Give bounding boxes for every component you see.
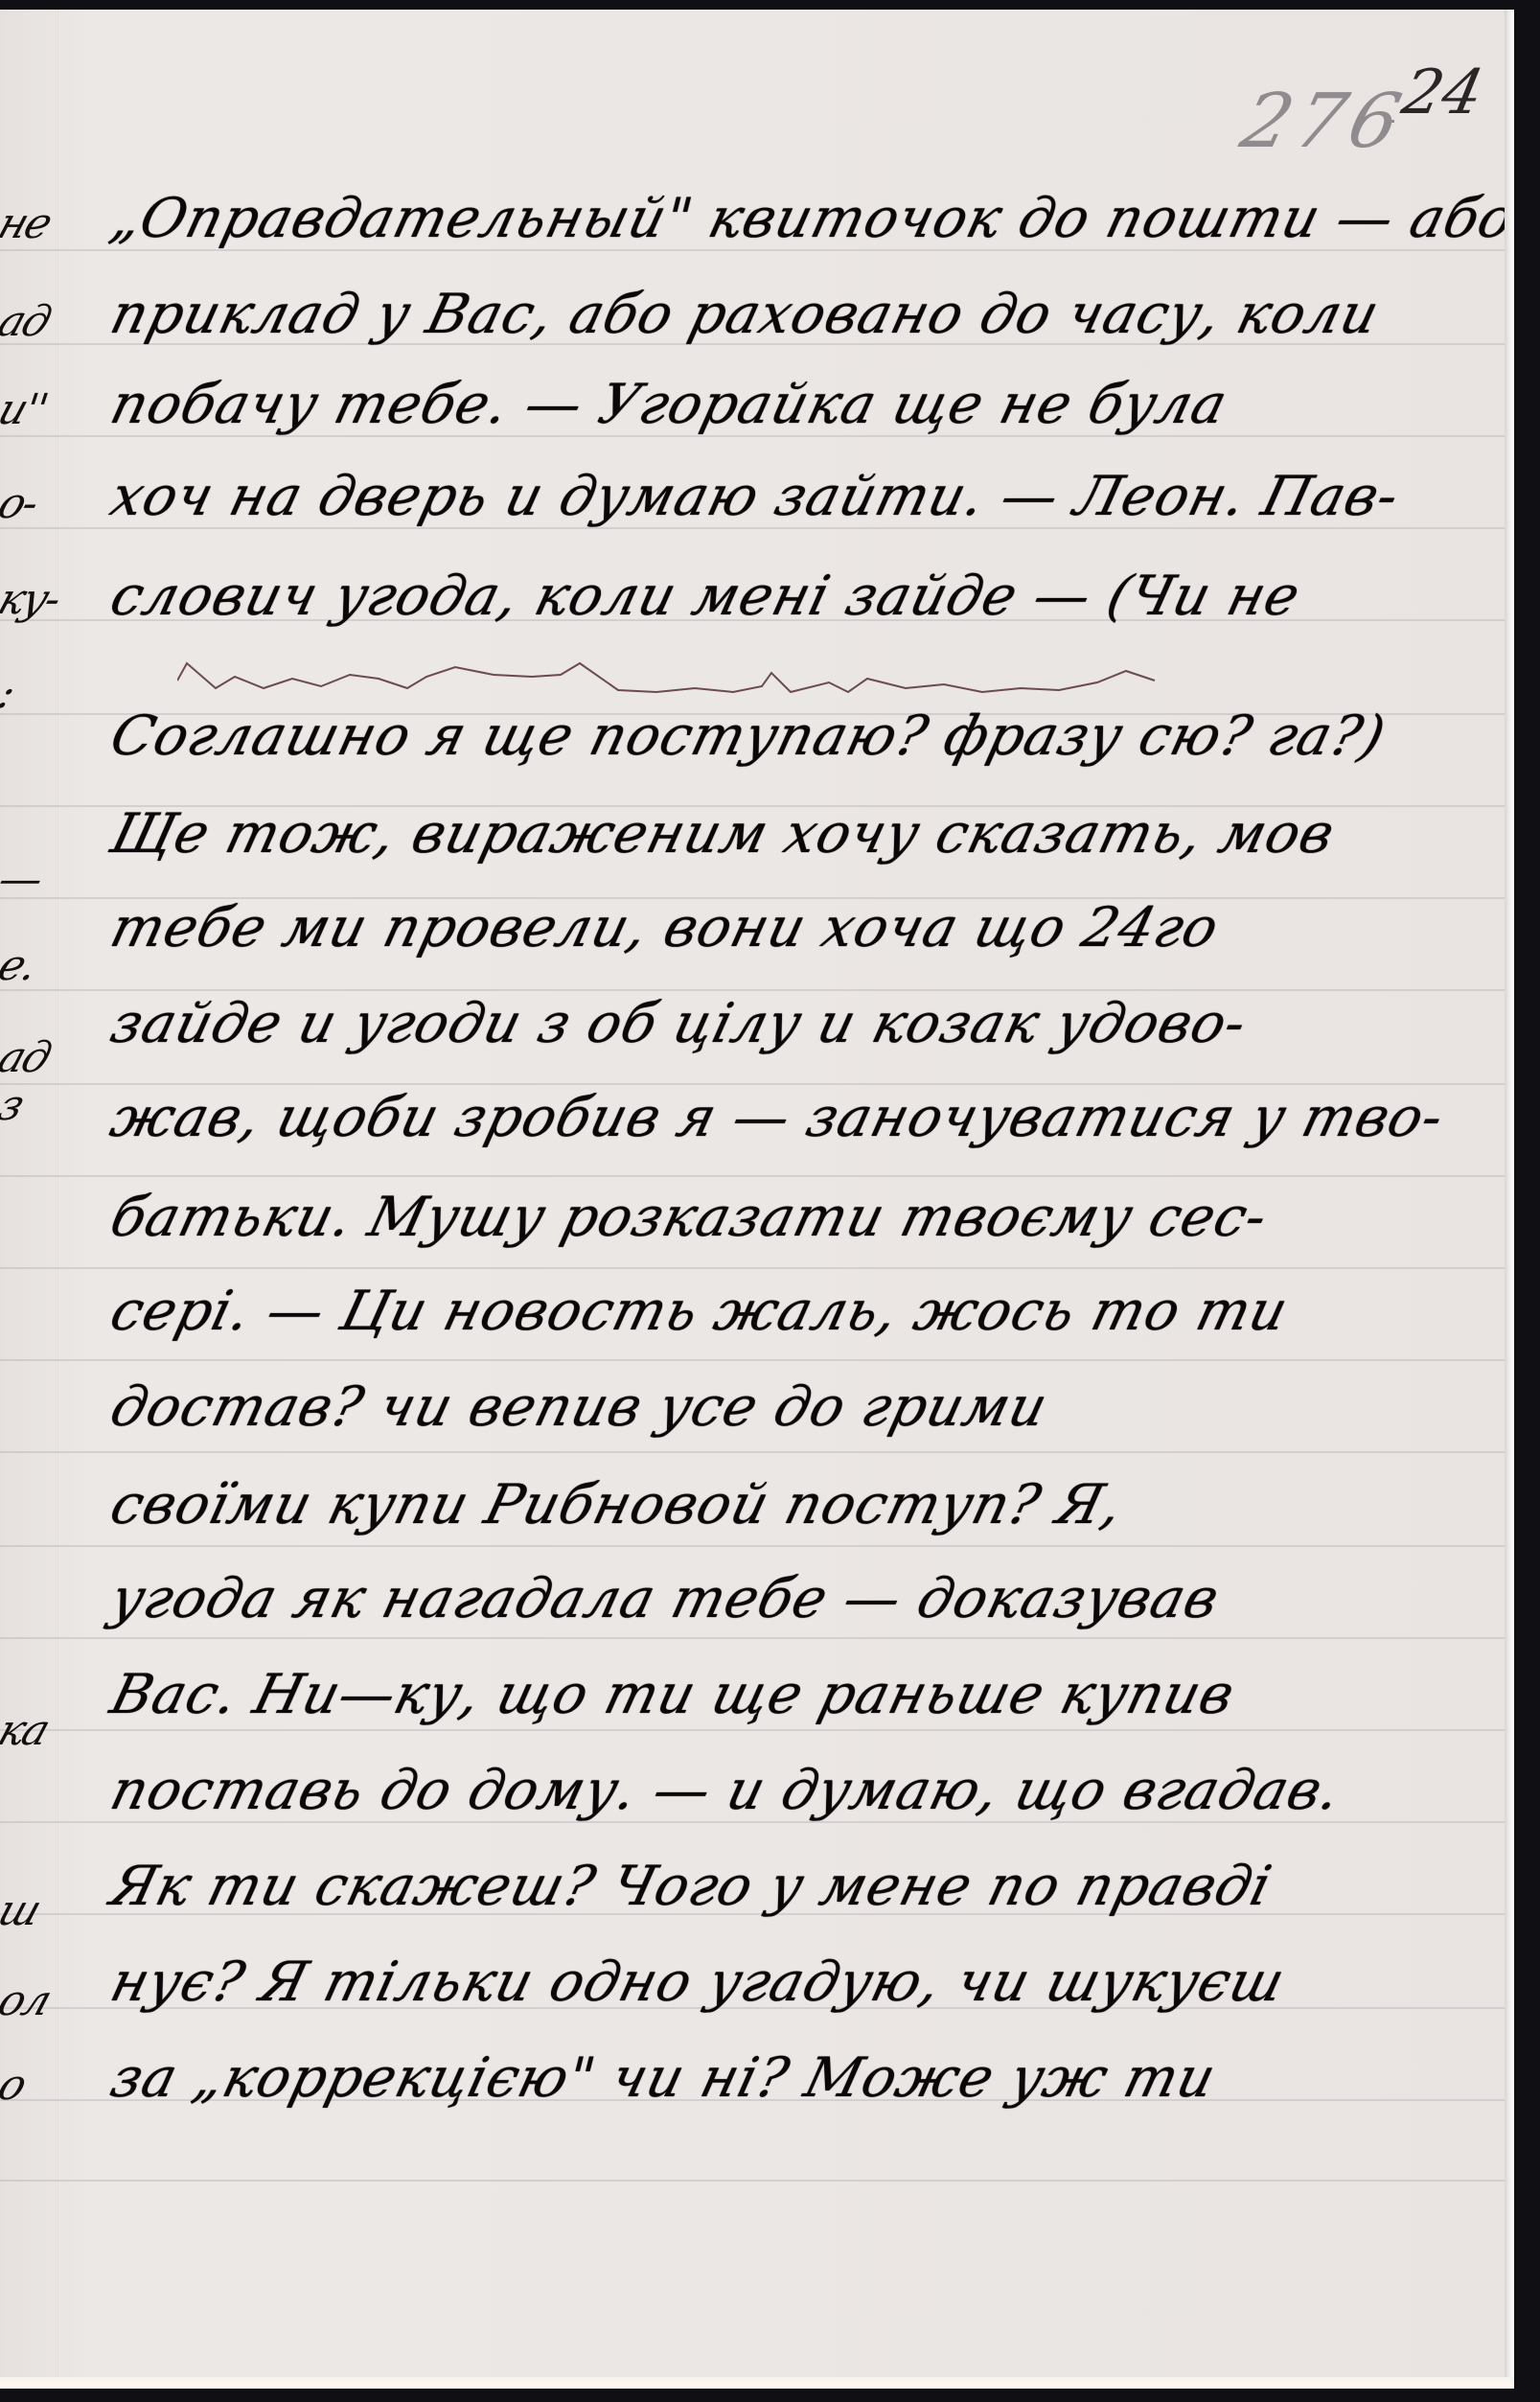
margin-fragment: з	[0, 1081, 29, 1130]
handwritten-line-3: побачу тебе. — Угорайка ще не була	[105, 378, 1528, 432]
handwritten-line-12: сері. — Ци новость жаль, жось то ти	[105, 1284, 1528, 1339]
handwritten-line-20: за „коррекцією" чи ні? Може уж ти	[105, 2051, 1528, 2106]
handwritten-line-2: приклад у Вас, або раховано до часу, кол…	[105, 288, 1528, 342]
margin-fragment: о	[0, 2061, 32, 2110]
ruled-line	[0, 1729, 1505, 1731]
ruled-line	[0, 1545, 1505, 1547]
folio-dash	[1387, 120, 1394, 123]
handwritten-line-14: своїми купи Рибновой поступ? Я,	[105, 1478, 1528, 1533]
margin-fragment: ш	[0, 1886, 46, 1935]
handwritten-line-13: достав? чи вепив усе до грими	[105, 1380, 1528, 1435]
ruled-line	[0, 2180, 1505, 2182]
handwritten-line-19: нує? Я тільки одно угадую, чи шукуєш	[105, 1955, 1528, 2010]
margin-fragment: ад	[0, 297, 56, 346]
margin-fragment: е.	[0, 941, 42, 990]
margin-fragment: ол	[0, 1976, 57, 2025]
handwritten-line-18: Як ти скажеш? Чого у мене по правді	[105, 1859, 1528, 1914]
margin-fragment: ад	[0, 1033, 56, 1082]
manuscript-page: не ад и'' о- ку- : — е. ад з ка ш ол о 2…	[0, 10, 1514, 2389]
ruled-line	[0, 1083, 1505, 1085]
ruled-line	[0, 1451, 1505, 1453]
margin-fragment: :	[0, 669, 20, 718]
ruled-line	[0, 1175, 1505, 1177]
handwritten-line-6: Соглашно я ще поступаю? фразу сю? га?)	[105, 709, 1528, 764]
margin-fragment: и''	[0, 385, 53, 434]
handwritten-line-11: батьки. Мушу розказати твоєму сес-	[105, 1190, 1528, 1245]
handwritten-line-7: Ще тож, вираженим хочу сказать, мов	[105, 807, 1528, 862]
ruled-line	[0, 989, 1505, 991]
ruled-line	[0, 1637, 1505, 1639]
handwritten-line-9: зайде и угоди з об цілу и козак удово-	[105, 997, 1528, 1051]
ruled-line	[0, 1359, 1505, 1361]
handwritten-line-15: угода як нагадала тебе — доказував	[105, 1572, 1528, 1627]
page-fold-crease	[56, 10, 58, 2389]
handwritten-line-10: жав, щоби зробив я — заночуватися у тво-	[105, 1091, 1528, 1145]
paper-bottom-edge	[0, 2377, 1514, 2389]
margin-fragment: ка	[0, 1706, 55, 1755]
handwritten-line-1: „Оправдательный" квиточок до пошти — або	[105, 192, 1528, 246]
handwritten-line-8: тебе ми провели, вони хоча що 24го	[105, 901, 1528, 956]
wavy-underline-mark	[177, 654, 1164, 711]
paper-right-edge	[1505, 10, 1514, 2389]
handwritten-line-17: поставь до дому. — и думаю, що вгадав.	[105, 1764, 1528, 1818]
folio-ink-number: 24	[1396, 58, 1489, 128]
handwritten-line-4: хоч на дверь и думаю зайти. — Леон. Пав-	[105, 470, 1528, 524]
handwritten-line-5: слович угода, коли мені зайде — (Чи не	[105, 569, 1528, 624]
margin-fragment: не	[0, 199, 57, 248]
ruled-line	[0, 1267, 1505, 1269]
handwritten-line-16: Вас. Ни—ку, що ти ще раньше купив	[105, 1668, 1528, 1722]
margin-fragment: о-	[0, 479, 44, 528]
